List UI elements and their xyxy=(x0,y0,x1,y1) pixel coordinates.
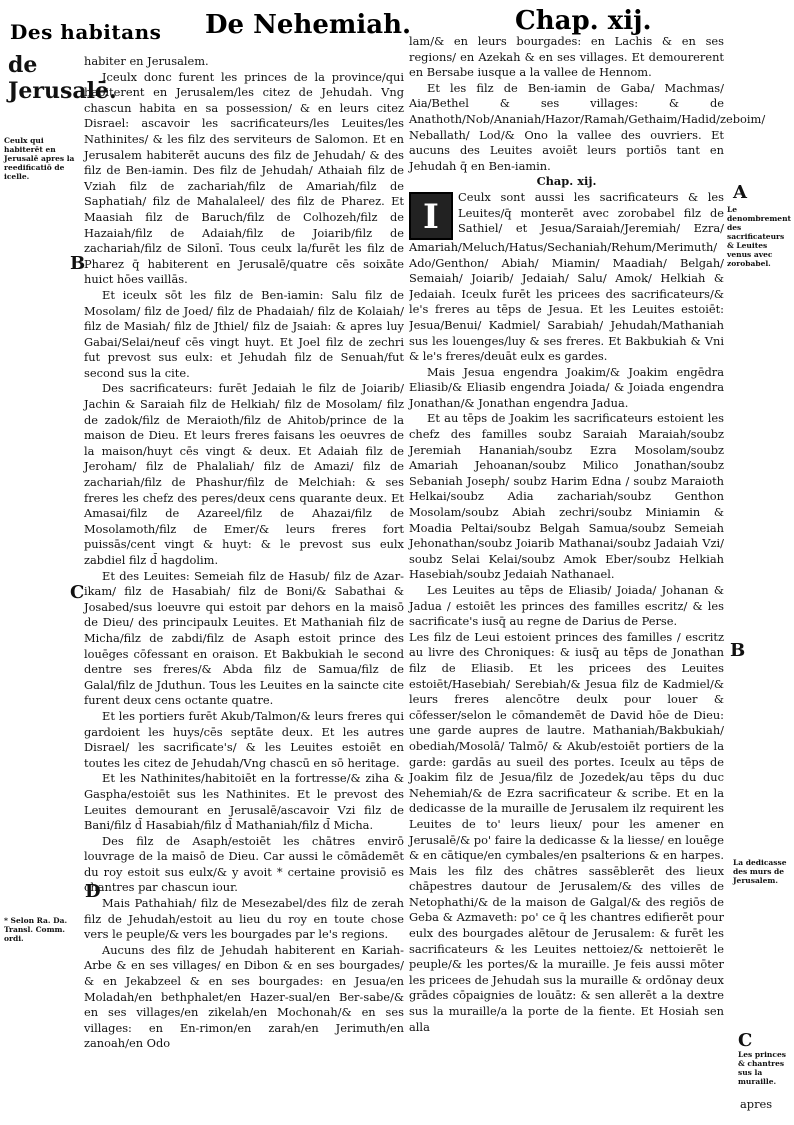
right-text-column: lam/& en leurs bourgades: en Lachis & en… xyxy=(409,34,724,1035)
chapter-opening: I Ceulx sont aussi les sacrificateurs & … xyxy=(409,190,724,365)
paragraph: habiter en Jerusalem. xyxy=(84,54,404,70)
paragraph: Les filz de Leui estoient princes des fa… xyxy=(409,630,724,1035)
left-text-column: habiter en Jerusalem. Iceulx donc furent… xyxy=(84,54,404,1052)
paragraph: Et des Leuites: Semeiah filz de Hasub/ f… xyxy=(84,569,404,709)
paragraph: Iceulx donc furent les princes de la pro… xyxy=(84,70,404,288)
margin-note: * Selon Ra. Da. Transl. Comm. ordi. xyxy=(4,916,82,943)
running-head-book: De Nehemiah. xyxy=(205,10,411,40)
section-letter: C xyxy=(70,582,84,603)
paragraph: Et les portiers furēt Akub/Talmon/& leur… xyxy=(84,709,404,771)
margin-note: Les princes & chantres sus la muraille. xyxy=(738,1050,794,1086)
paragraph: Ceulx sont aussi les sacrificateurs & le… xyxy=(409,190,724,365)
margin-note: Ceulx qui habiterēt en Jerusalē apres la… xyxy=(4,136,82,181)
ornamented-initial: I xyxy=(409,192,453,240)
paragraph: lam/& en leurs bourgades: en Lachis & en… xyxy=(409,34,724,81)
section-letter: A xyxy=(733,182,747,203)
paragraph: Des filz de Asaph/estoiēt les chātres en… xyxy=(84,834,404,896)
section-letter: B xyxy=(730,640,745,661)
side-title: de Jerusalē. xyxy=(8,52,80,104)
chapter-heading: Chap. xij. xyxy=(409,174,724,190)
section-letter: C xyxy=(738,1030,752,1051)
paragraph: Des sacrificateurs: furēt Jedaiah le fil… xyxy=(84,381,404,568)
running-head-left: Des habitans xyxy=(10,20,161,44)
running-head-chapter: Chap. xij. xyxy=(515,6,652,36)
margin-note: La dedicasse des murs de Jerusalem. xyxy=(733,858,793,885)
paragraph: Aucuns des filz de Jehudah habiterent en… xyxy=(84,943,404,1052)
paragraph: Et les Nathinites/habitoiēt en la fortre… xyxy=(84,771,404,833)
paragraph: Les Leuites au tēps de Eliasib/ Joiada/ … xyxy=(409,583,724,630)
scanned-page: Des habitans De Nehemiah. Chap. xij. de … xyxy=(0,0,794,1125)
paragraph: Et iceulx sōt les filz de Ben-iamin: Sal… xyxy=(84,288,404,382)
margin-note: Le denombrement des sacrificateurs & Leu… xyxy=(727,205,793,268)
paragraph: Mais Pathahiah/ filz de Mesezabel/des fi… xyxy=(84,896,404,943)
section-letter: B xyxy=(70,253,85,274)
catchword: apres xyxy=(740,1097,772,1111)
paragraph: Mais Jesua engendra Joakim/& Joakim engē… xyxy=(409,365,724,412)
paragraph: Et au tēps de Joakim les sacrificateurs … xyxy=(409,411,724,583)
paragraph: Et les filz de Ben-iamin de Gaba/ Machma… xyxy=(409,81,724,175)
